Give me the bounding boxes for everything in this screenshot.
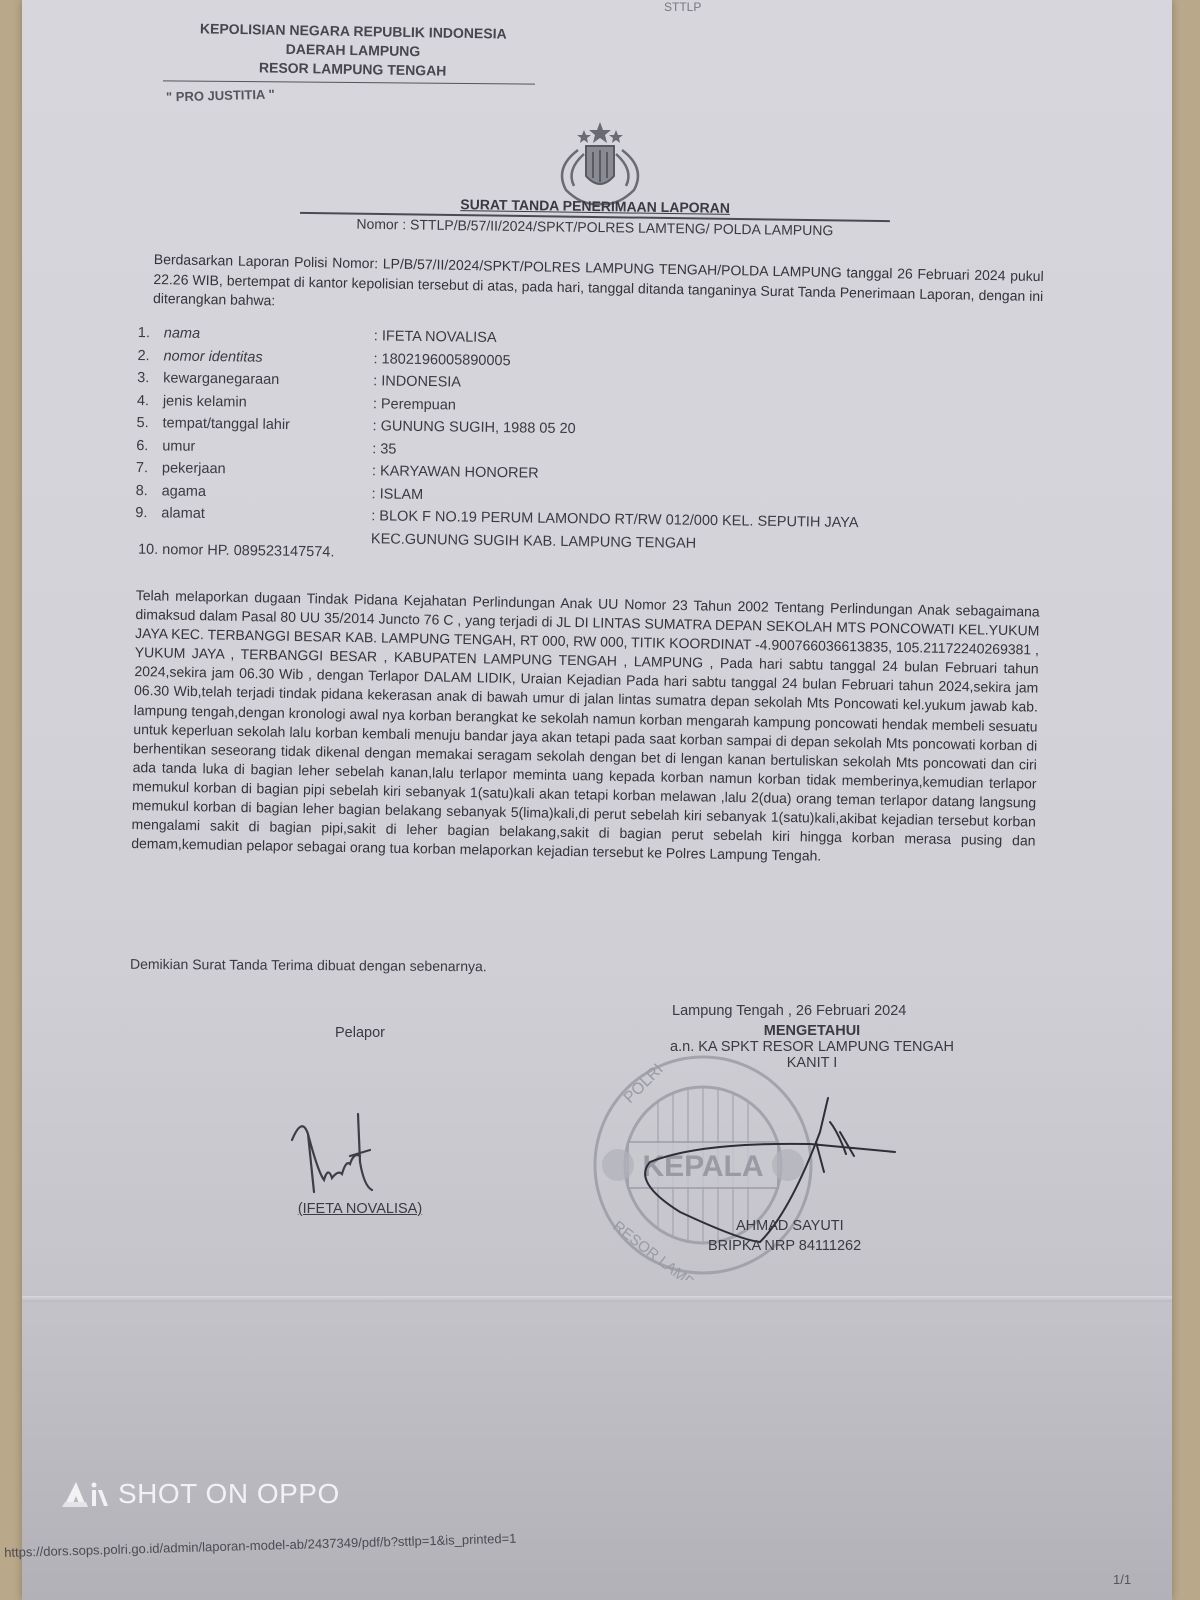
field-number: 8. [135,479,161,502]
report-body: Telah melaporkan dugaan Tindak Pidana Ke… [131,586,1040,870]
field-label: jenis kelamin [163,390,373,415]
pro-justitia: " PRO JUSTITIA " [166,87,275,105]
watermark-text: SHOT ON OPPO [118,1478,340,1510]
oppo-logo-icon [62,1480,108,1508]
officer-signature-block: Lampung Tengah , 26 Februari 2024 MENGET… [622,1003,1002,1071]
field-number: 2. [137,344,163,367]
field-label: tempat/tanggal lahir [162,412,372,437]
field-number: 7. [136,457,162,480]
field-label: pekerjaan [162,457,372,482]
officer-identity: AHMAD SAYUTI BRIPKA NRP 84111262 [736,1216,861,1256]
phone-number: 10. nomor HP. 089523147574. [138,542,335,561]
field-number: 9. [135,502,162,547]
field-number: 4. [137,389,163,412]
reporter-role: Pelapor [280,1025,440,1041]
on-behalf-of: a.n. KA SPKT RESOR LAMPUNG TENGAH [622,1039,1002,1055]
reporter-fields: 1. nama : IFETA NOVALISA 2. nomor identi… [135,322,958,558]
paper-fold [22,1296,1172,1302]
field-number: 1. [138,322,164,345]
officer-rank-nrp: BRIPKA NRP 84111262 [708,1236,861,1256]
letterhead: KEPOLISIAN NEGARA REPUBLIK INDONESIA DAE… [168,19,539,82]
field-number: 6. [136,434,162,457]
field-label: nama [164,322,374,347]
page-number: 1/1 [1113,1572,1131,1587]
field-value: : BLOK F NO.19 PERUM LAMONDO RT/RW 012/0… [371,505,956,558]
place-date: Lampung Tengah , 26 Februari 2024 [672,1003,1002,1019]
camera-watermark: SHOT ON OPPO [62,1478,340,1510]
field-label: kewarganegaraan [163,367,373,392]
field-number: 5. [136,412,162,435]
top-code: STTLP [664,0,701,14]
officer-position: KANIT I [622,1055,1002,1071]
police-emblem-icon [548,120,652,210]
officer-name: AHMAD SAYUTI [736,1216,861,1236]
field-number: 3. [137,367,163,390]
field-label: agama [161,480,371,505]
reporter-signature-icon [288,1112,388,1202]
acknowledged-heading: MENGETAHUI [622,1023,1002,1039]
field-label: umur [162,435,372,460]
closing-statement: Demikian Surat Tanda Terima dibuat denga… [130,956,487,974]
field-label: nomor identitas [163,345,373,370]
reporter-name: (IFETA NOVALISA) [280,1201,440,1217]
